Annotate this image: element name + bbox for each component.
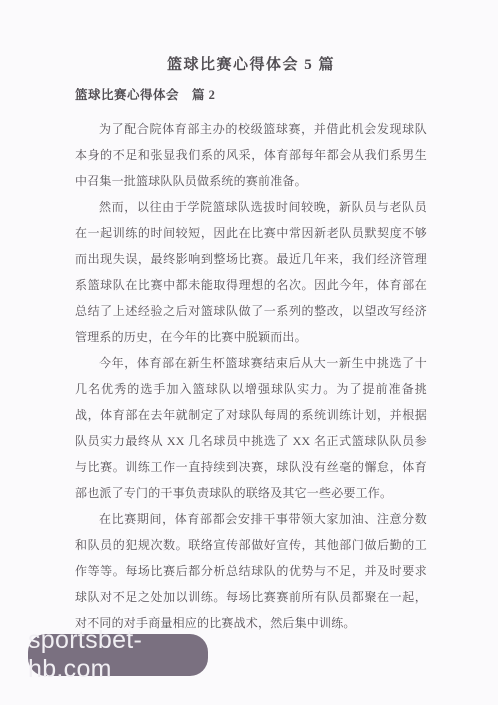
document-content: 篮球比赛心得体会 5 篇 篮球比赛心得体会 篇 2 为了配合院体育部主办的校级篮… [0, 0, 498, 636]
document-title: 篮球比赛心得体会 5 篇 [75, 55, 427, 75]
paragraph-2: 然而，以往由于学院篮球队选拔时间较晚，新队员与老队员在一起训练的时间较短，因此在… [75, 194, 427, 350]
watermark-badge: sportsbet-hb.com [28, 634, 208, 676]
paragraph-3: 今年，体育部在新生杯篮球赛结束后从大一新生中挑选了十几名优秀的选手加入篮球队以增… [75, 350, 427, 506]
paragraph-4: 在比赛期间，体育部都会安排干事带领大家加油、注意分数和队员的犯规次数。联络宣传部… [75, 506, 427, 636]
watermark-text: sportsbet-hb.com [28, 626, 208, 684]
section-heading: 篮球比赛心得体会 篇 2 [75, 86, 427, 104]
document-page: 篮球比赛心得体会 5 篇 篮球比赛心得体会 篇 2 为了配合院体育部主办的校级篮… [0, 0, 498, 705]
paragraph-1: 为了配合院体育部主办的校级篮球赛，并借此机会发现球队本身的不足和张显我们系的风采… [75, 116, 427, 194]
